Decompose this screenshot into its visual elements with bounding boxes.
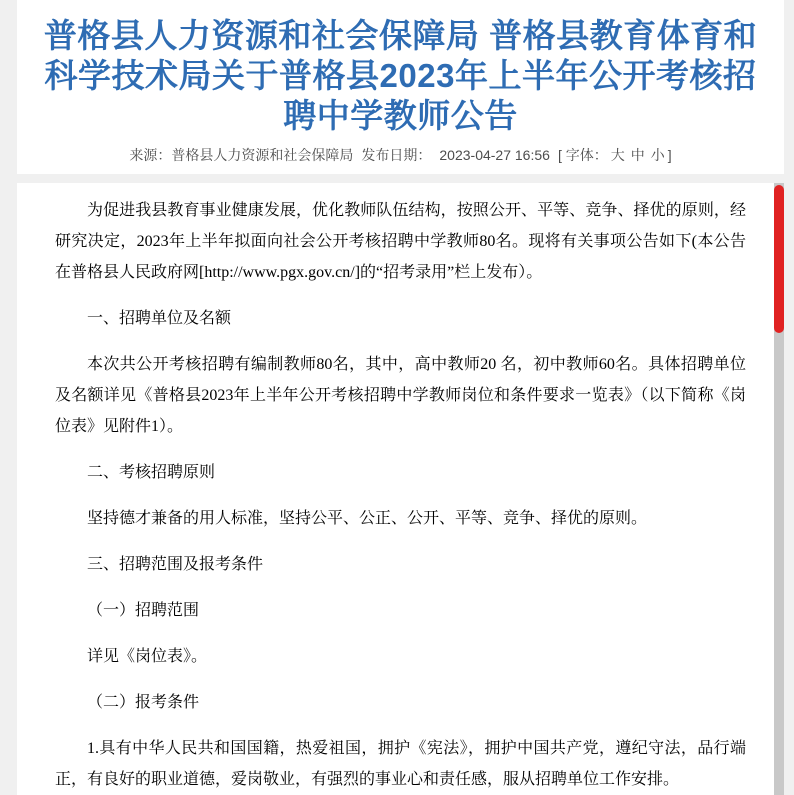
article-paragraph: 为促进我县教育事业健康发展，优化教师队伍结构，按照公开、平等、竞争、择优的原则，…: [55, 195, 746, 288]
page: 普格县人力资源和社会保障局 普格县教育体育和科学技术局关于普格县2023年上半年…: [0, 0, 794, 795]
article-body: 为促进我县教育事业健康发展，优化教师队伍结构，按照公开、平等、竞争、择优的原则，…: [17, 183, 784, 795]
article-paragraph: 1.具有中华人民共和国国籍，热爱祖国，拥护《宪法》，拥护中国共产党，遵纪守法，品…: [55, 733, 746, 795]
header-content-gap: [0, 174, 794, 183]
meta-date-label: 发布日期：: [361, 147, 431, 163]
meta-date-value: 2023-04-27 16:56: [439, 147, 550, 163]
scrollbar-thumb[interactable]: [774, 185, 784, 333]
article-section-heading: 二、考核招聘原则: [55, 457, 746, 488]
article-paragraph: 详见《岗位表》。: [55, 641, 746, 672]
article-section-heading: 三、招聘范围及报考条件: [55, 549, 746, 580]
font-switcher-open-bracket: [ 字体：: [558, 147, 608, 163]
font-size-small-link[interactable]: 小: [651, 147, 665, 163]
font-size-large-link[interactable]: 大: [611, 147, 625, 163]
font-switcher-close-bracket: ]: [668, 147, 672, 163]
article-section-heading: 一、招聘单位及名额: [55, 303, 746, 334]
article-text: 为促进我县教育事业健康发展，优化教师队伍结构，按照公开、平等、竞争、择优的原则，…: [17, 183, 784, 795]
scrollbar-track[interactable]: [774, 183, 784, 795]
meta-source-value: 普格县人力资源和社会保障局: [171, 147, 353, 163]
meta-source-label: 来源：: [129, 147, 171, 163]
article-subsection-heading: （二）报考条件: [55, 687, 746, 718]
article-paragraph: 坚持德才兼备的用人标准，坚持公平、公正、公开、平等、竞争、择优的原则。: [55, 503, 746, 534]
font-size-switcher: [ 字体：大中小]: [558, 147, 672, 163]
article-header: 普格县人力资源和社会保障局 普格县教育体育和科学技术局关于普格县2023年上半年…: [17, 0, 784, 174]
article-paragraph: 本次共公开考核招聘有编制教师80名，其中，高中教师20 名，初中教师60名。具体…: [55, 349, 746, 442]
page-title: 普格县人力资源和社会保障局 普格县教育体育和科学技术局关于普格县2023年上半年…: [17, 16, 784, 136]
font-size-medium-link[interactable]: 中: [631, 147, 645, 163]
article-subsection-heading: （一）招聘范围: [55, 595, 746, 626]
meta-line: 来源：普格县人力资源和社会保障局发布日期：2023-04-27 16:56[ 字…: [17, 145, 784, 165]
